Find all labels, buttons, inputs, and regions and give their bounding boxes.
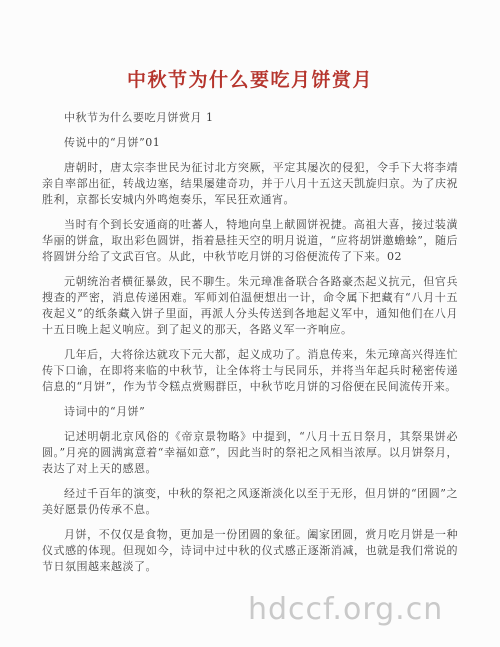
paragraph-tubo-merchant: 当时有个到长安通商的吐蕃人，特地向皇上献圆饼祝捷。高祖大喜，接过装潢华丽的饼盒，… — [42, 217, 458, 265]
watermark: hdccf.org.cn — [248, 592, 443, 627]
paragraph-reunion-symbol: 月饼，不仅仅是食物，更加是一份团圆的象征。阖家团圆，赏月吃月饼是一种仪式感的体现… — [42, 527, 458, 575]
document-page: 中秋节为什么要吃月饼赏月 中秋节为什么要吃月饼赏月 1 传说中的“月饼”01 唐… — [0, 0, 500, 647]
section-heading-poetry: 诗词中的“月饼” — [42, 404, 458, 420]
page-title: 中秋节为什么要吃月饼赏月 — [0, 0, 500, 94]
document-subtitle: 中秋节为什么要吃月饼赏月 1 — [42, 110, 458, 126]
paragraph-ming-customs: 记述明朝北京风俗的《帝京景物略》中提到，“八月十五日祭月，其祭果饼必圆。”月亮的… — [42, 429, 458, 477]
paragraph-zhu-yuanzhang: 几年后，大将徐达就攻下元大都，起义成功了。消息传来，朱元璋高兴得连忙传下口谕，在… — [42, 347, 458, 395]
paragraph-yuan-uprising: 元朝统治者横征暴敛，民不聊生。朱元璋准备联合各路豪杰起义抗元，但官兵搜查的严密，… — [42, 274, 458, 338]
paragraph-tang-dynasty: 唐朝时，唐太宗李世民为征讨北方突厥，平定其屡次的侵犯，令手下大将李靖亲自率部出征… — [42, 160, 458, 208]
document-body: 中秋节为什么要吃月饼赏月 1 传说中的“月饼”01 唐朝时，唐太宗李世民为征讨北… — [42, 110, 458, 575]
paragraph-evolution: 经过千百年的演变，中秋的祭祀之风逐渐淡化以至于无形，但月饼的“团圆”之美好愿景仍… — [42, 486, 458, 518]
section-heading-legend: 传说中的“月饼”01 — [42, 135, 458, 151]
